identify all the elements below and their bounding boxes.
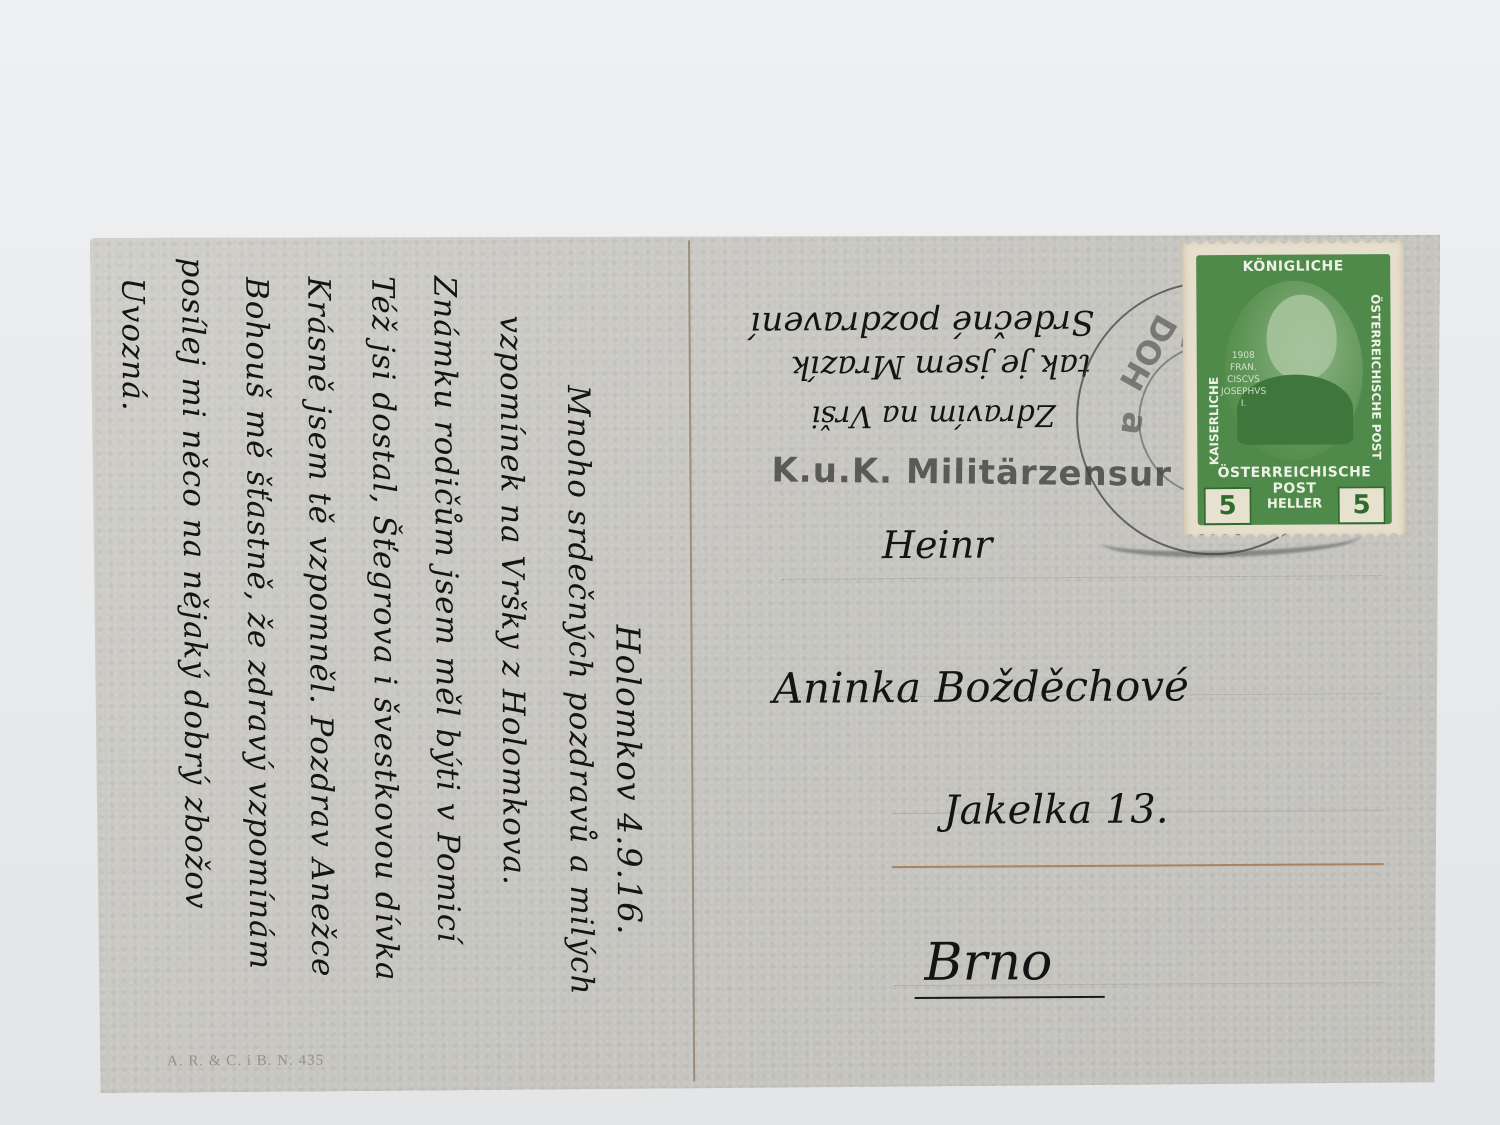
stamp-text-top: KÖNIGLICHE: [1196, 258, 1390, 275]
stamp-currency: HELLER: [1260, 496, 1330, 511]
center-divider-line: [688, 240, 695, 1081]
stamp-caption-4: I.: [1221, 398, 1266, 410]
postage-stamp: KÖNIGLICHE KAISERLICHE ÖSTERREICHISCHE P…: [1182, 238, 1406, 539]
message-line-5: Krásně jsem tě vzpomněl. Pozdrav Anežce: [300, 276, 340, 977]
stamp-portrait-head: [1266, 294, 1337, 379]
stamp-caption-2: CISCVS: [1221, 374, 1266, 386]
stamp-text-right: ÖSTERREICHISCHE POST: [1368, 294, 1383, 459]
upside-down-note-line-1: Srdečné pozdravení: [750, 302, 1094, 344]
recipient-street: Jakelka 13.: [943, 786, 1168, 833]
address-line-1: [782, 575, 1382, 580]
message-line-8: Uvozná.: [114, 278, 151, 412]
date-line: Holomkov 4.9.16.: [608, 625, 649, 936]
postcard: Holomkov 4.9.16. Mnoho srdečných pozdrav…: [90, 230, 1445, 1093]
message-line-4: Též jsi dostal, Šťegrova i švestkovou dí…: [364, 276, 404, 981]
message-line-7: posílej mi něco na nějaký dobrý zbožov: [174, 257, 214, 909]
stamp-text-left: KAISERLICHE: [1207, 377, 1222, 465]
stamp-design: KÖNIGLICHE KAISERLICHE ÖSTERREICHISCHE P…: [1196, 254, 1392, 525]
stamp-year: 1908: [1221, 350, 1266, 362]
message-line-6: Bohouš mě šťastně, že zdravý vzpomínám: [238, 277, 278, 970]
stamp-value-left: 5: [1204, 487, 1252, 525]
upside-down-note-line-3: Zdravím na Vrši: [811, 397, 1056, 433]
city-underline: [915, 996, 1105, 999]
stamp-caption-3: JOSEPHVS: [1221, 386, 1266, 398]
recipient-city: Brno: [924, 932, 1052, 993]
recipient-name: Aninka Božděchové: [773, 661, 1189, 713]
stamp-value-right: 5: [1338, 486, 1386, 524]
message-line-2: vzpomínek na Vršky z Holomkova.: [492, 315, 531, 886]
address-line-4: [892, 863, 1384, 868]
message-line-1: Mnoho srdečných pozdravů a milých: [560, 385, 600, 996]
message-line-3: Známku rodičům jsem měl býti v Pomicí: [426, 276, 466, 943]
sender-signature: Heinr: [882, 522, 993, 567]
upside-down-note-line-2: tak je jsem Mrazík: [791, 347, 1091, 387]
stamp-latin-caption: 1908 FRAN. CISCVS JOSEPHVS I.: [1221, 350, 1267, 410]
publisher-imprint: A. R. & C. i B. N. 435: [167, 1053, 324, 1071]
stamp-caption-1: FRAN.: [1221, 362, 1266, 374]
stamp-cancellation-smudge: [1102, 520, 1362, 558]
